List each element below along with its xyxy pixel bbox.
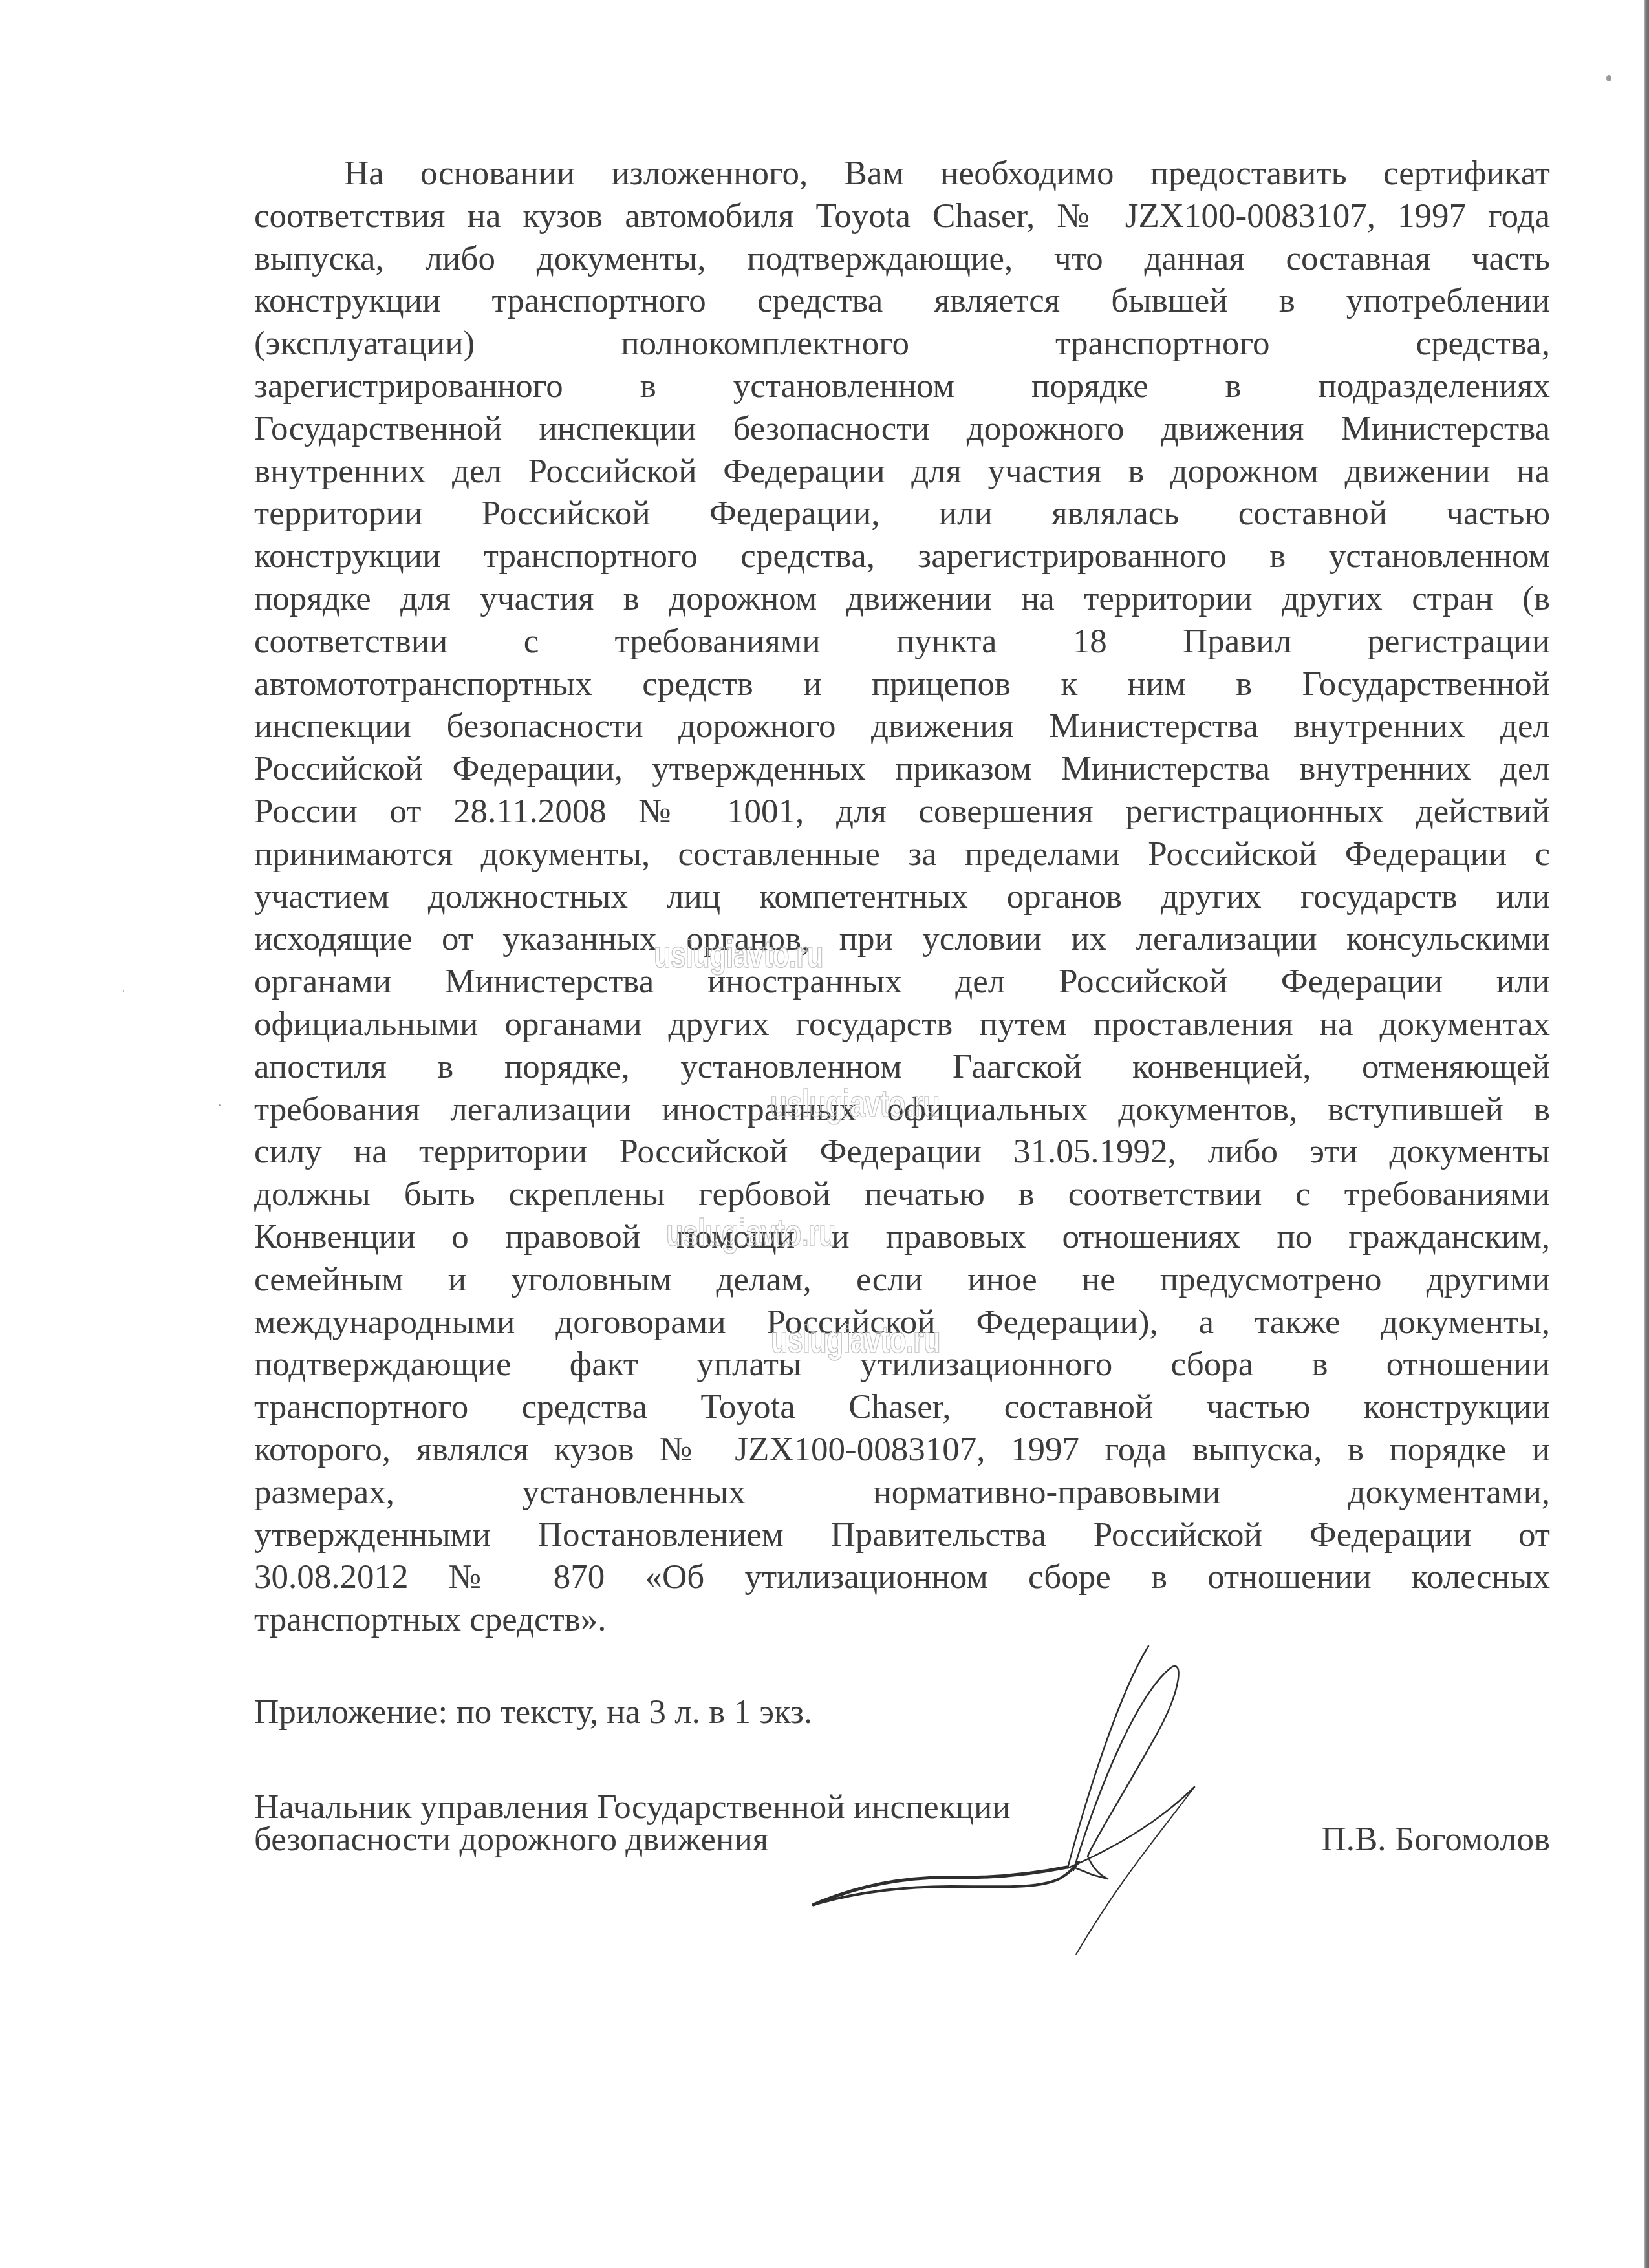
body-line: порядке для участия в дорожном движении … <box>254 578 1550 621</box>
watermark: uslugiavto.ru <box>666 1214 835 1252</box>
attachment-note: Приложение: по тексту, на 3 л. в 1 экз. <box>254 1691 812 1734</box>
scan-speck <box>219 1104 221 1106</box>
body-line: автомототранспортных средств и прицепов … <box>254 663 1550 706</box>
body-line: утвержденными Постановлением Правительст… <box>254 1514 1550 1557</box>
body-line: соответствия на кузов автомобиля Toyota … <box>254 195 1550 238</box>
watermark: uslugiavto.ru <box>770 1084 940 1123</box>
body-line: конструкции транспортного средства являе… <box>254 280 1550 323</box>
body-line: принимаются документы, составленные за п… <box>254 833 1550 876</box>
body-line: Российской Федерации, утвержденных прика… <box>254 748 1550 791</box>
signer-name: П.В. Богомолов <box>1321 1823 1550 1856</box>
watermark: uslugiavto.ru <box>654 935 823 974</box>
scan-speck <box>123 990 124 992</box>
body-line: соответствии с требованиями пункта 18 Пр… <box>254 621 1550 663</box>
signer-position-line-1: Начальник управления Государственной инс… <box>254 1791 1550 1823</box>
body-line: транспортных средств». <box>254 1599 1550 1642</box>
body-line: органами Министерства иностранных дел Ро… <box>254 961 1550 1003</box>
body-line: исходящие от указанных органов, при усло… <box>254 918 1550 961</box>
body-line: территории Российской Федерации, или явл… <box>254 493 1550 535</box>
body-line: официальными органами других государств … <box>254 1003 1550 1046</box>
scan-edge-shadow <box>1644 0 1649 2268</box>
body-line: семейным и уголовным делам, если иное не… <box>254 1259 1550 1301</box>
body-line: должны быть скреплены гербовой печатью в… <box>254 1173 1550 1216</box>
body-line: участием должностных лиц компетентных ор… <box>254 876 1550 919</box>
letter-body-paragraph: На основании изложенного, Вам необходимо… <box>254 153 1550 1642</box>
body-line: 30.08.2012 № 870 «Об утилизационном сбор… <box>254 1556 1550 1599</box>
body-line: силу на территории Российской Федерации … <box>254 1131 1550 1173</box>
body-line: которого, являлся кузов № JZX100-0083107… <box>254 1429 1550 1471</box>
body-line: конструкции транспортного средства, заре… <box>254 535 1550 578</box>
body-line: (эксплуатации) полнокомплектного транспо… <box>254 323 1550 365</box>
body-line: России от 28.11.2008 № 1001, для соверше… <box>254 791 1550 833</box>
body-line: На основании изложенного, Вам необходимо… <box>254 153 1550 195</box>
body-line: транспортного средства Toyota Chaser, со… <box>254 1386 1550 1429</box>
body-line: размерах, установленных нормативно-право… <box>254 1471 1550 1514</box>
body-line: Конвенции о правовой помощи и правовых о… <box>254 1216 1550 1259</box>
body-line: выпуска, либо документы, подтверждающие,… <box>254 238 1550 281</box>
body-line: инспекции безопасности дорожного движени… <box>254 705 1550 748</box>
scan-speck <box>1606 75 1611 81</box>
signature-block: Начальник управления Государственной инс… <box>254 1791 1550 1856</box>
body-line: зарегистрированного в установленном поря… <box>254 365 1550 408</box>
watermark: uslugiavto.ru <box>771 1320 940 1359</box>
body-line: внутренних дел Российской Федерации для … <box>254 451 1550 493</box>
body-line: Государственной инспекции безопасности д… <box>254 408 1550 451</box>
